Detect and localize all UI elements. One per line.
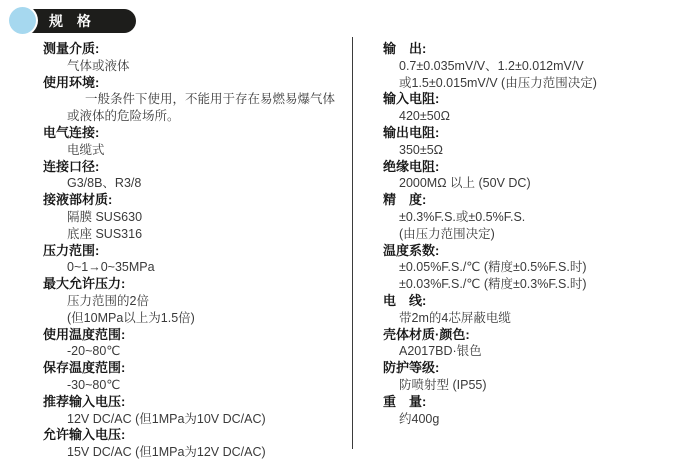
spec-value: 约400g [383,411,688,428]
spec-label: 测量介质: [43,41,343,58]
spec-entry: 连接口径: G3/8B、R3/8 [43,159,343,193]
spec-value: 防喷射型 (IP55) [383,377,688,394]
spec-value: 12V DC/AC (但1MPa为10V DC/AC) [43,411,343,428]
spec-label: 电 线: [383,293,688,310]
spec-value: 0~1→0~35MPa [43,259,343,276]
spec-entry: 防护等级: 防喷射型 (IP55) [383,360,688,394]
spec-label: 最大允许压力: [43,276,343,293]
section-header-banner: 规 格 [22,9,136,33]
spec-entry: 电 线: 带2m的4芯屏蔽电缆 [383,293,688,327]
spec-value: ±0.03%F.S./℃ (精度±0.3%F.S.时) [383,276,688,293]
spec-label: 接液部材质: [43,192,343,209]
spec-value: 350±5Ω [383,142,688,159]
spec-entry: 输 出: 0.7±0.035mV/V、1.2±0.012mV/V 或1.5±0.… [383,41,688,91]
spec-value: 隔膜 SUS630 [43,209,343,226]
spec-value: 或液体的危险场所。 [43,108,343,125]
spec-entry: 使用温度范围: -20~80℃ [43,327,343,361]
spec-value: 带2m的4芯屏蔽电缆 [383,310,688,327]
spec-entry: 输入电阻: 420±50Ω [383,91,688,125]
spec-label: 使用温度范围: [43,327,343,344]
spec-entry: 允许输入电压: 15V DC/AC (但1MPa为12V DC/AC) [43,427,343,459]
spec-value: -20~80℃ [43,343,343,360]
spec-value: 一般条件下使用，不能用于存在易燃易爆气体 [43,91,343,108]
spec-label: 壳体材质·颜色: [383,327,688,344]
spec-value: 0.7±0.035mV/V、1.2±0.012mV/V [383,58,688,75]
spec-label: 温度系数: [383,243,688,260]
spec-label: 绝缘电阻: [383,159,688,176]
spec-label: 保存温度范围: [43,360,343,377]
spec-value: 压力范围的2倍 [43,293,343,310]
spec-label: 连接口径: [43,159,343,176]
spec-label: 输 出: [383,41,688,58]
section-title: 规 格 [22,9,136,33]
spec-value: ±0.3%F.S.或±0.5%F.S. [383,209,688,226]
spec-label: 输出电阻: [383,125,688,142]
spec-value: A2017BD·银色 [383,343,688,360]
spec-label: 电气连接: [43,125,343,142]
spec-column-left: 测量介质: 气体或液体 使用环境: 一般条件下使用，不能用于存在易燃易爆气体 或… [43,41,343,459]
spec-entry: 压力范围: 0~1→0~35MPa [43,243,343,277]
spec-entry: 精 度: ±0.3%F.S.或±0.5%F.S. (由压力范围决定) [383,192,688,242]
spec-entry: 推荐输入电压: 12V DC/AC (但1MPa为10V DC/AC) [43,394,343,428]
spec-entry: 使用环境: 一般条件下使用，不能用于存在易燃易爆气体 或液体的危险场所。 [43,75,343,125]
spec-value: ±0.05%F.S./℃ (精度±0.5%F.S.时) [383,259,688,276]
spec-label: 推荐输入电压: [43,394,343,411]
spec-label: 防护等级: [383,360,688,377]
spec-value: 15V DC/AC (但1MPa为12V DC/AC) [43,444,343,459]
spec-value: 或1.5±0.015mV/V (由压力范围决定) [383,75,688,92]
spec-value: (由压力范围决定) [383,226,688,243]
spec-entry: 壳体材质·颜色: A2017BD·银色 [383,327,688,361]
spec-label: 输入电阻: [383,91,688,108]
spec-entry: 重 量: 约400g [383,394,688,428]
column-divider [352,37,353,449]
spec-entry: 保存温度范围: -30~80℃ [43,360,343,394]
spec-value: (但10MPa以上为1.5倍) [43,310,343,327]
spec-entry: 接液部材质: 隔膜 SUS630 底座 SUS316 [43,192,343,242]
spec-label: 重 量: [383,394,688,411]
spec-value: 2000MΩ 以上 (50V DC) [383,175,688,192]
spec-label: 压力范围: [43,243,343,260]
spec-page: 规 格 测量介质: 气体或液体 使用环境: 一般条件下使用，不能用于存在易燃易爆… [0,0,700,459]
spec-value: 电缆式 [43,142,343,159]
spec-entry: 最大允许压力: 压力范围的2倍 (但10MPa以上为1.5倍) [43,276,343,326]
spec-value: G3/8B、R3/8 [43,175,343,192]
spec-value: 420±50Ω [383,108,688,125]
spec-entry: 测量介质: 气体或液体 [43,41,343,75]
circle-bullet-icon [9,7,36,34]
spec-entry: 输出电阻: 350±5Ω [383,125,688,159]
spec-label: 使用环境: [43,75,343,92]
spec-value: -30~80℃ [43,377,343,394]
spec-value: 底座 SUS316 [43,226,343,243]
spec-label: 精 度: [383,192,688,209]
spec-entry: 电气连接: 电缆式 [43,125,343,159]
spec-entry: 温度系数: ±0.05%F.S./℃ (精度±0.5%F.S.时) ±0.03%… [383,243,688,293]
spec-label: 允许输入电压: [43,427,343,444]
spec-entry: 绝缘电阻: 2000MΩ 以上 (50V DC) [383,159,688,193]
spec-column-right: 输 出: 0.7±0.035mV/V、1.2±0.012mV/V 或1.5±0.… [383,41,688,427]
spec-value: 气体或液体 [43,58,343,75]
